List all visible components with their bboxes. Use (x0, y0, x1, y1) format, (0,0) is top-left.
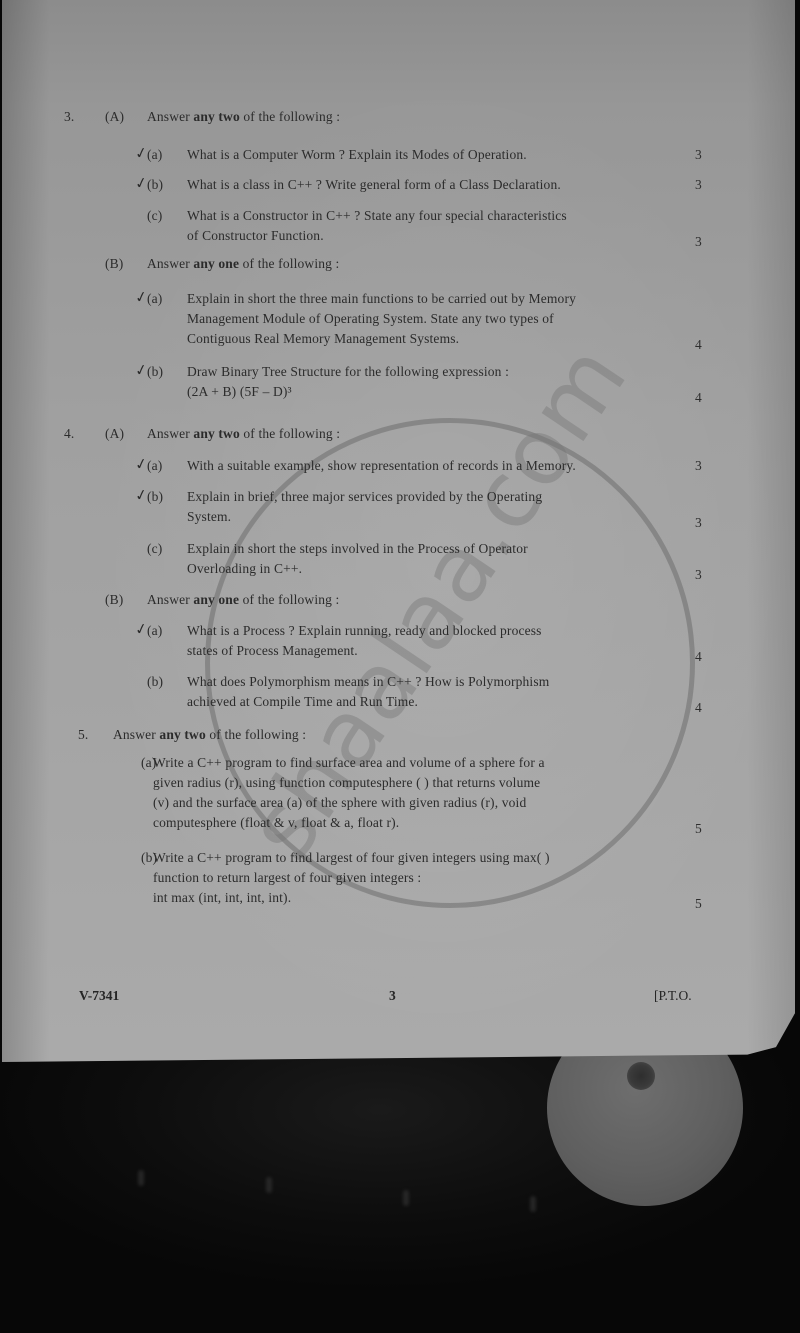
instruction-emphasis: any one (193, 592, 239, 607)
marks-value: 3 (695, 175, 702, 195)
question-number: 3. (64, 107, 74, 127)
instruction-text: of the following : (239, 592, 339, 607)
question-text-line: What does Polymorphism means in C++ ? Ho… (187, 672, 549, 692)
item-label: (a) (147, 456, 162, 476)
instruction-text: Answer (147, 109, 193, 124)
item-label: (c) (147, 539, 162, 559)
question-text-line: achieved at Compile Time and Run Time. (187, 692, 418, 712)
marks-value: 3 (695, 232, 702, 252)
question-text-line: What is a Computer Worm ? Explain its Mo… (187, 145, 527, 165)
part-label: (A) (105, 107, 124, 127)
part-instruction: Answer any two of the following : (147, 107, 340, 127)
question-text-line: Write a C++ program to find surface area… (153, 753, 545, 773)
question-text-line: Draw Binary Tree Structure for the follo… (187, 362, 509, 382)
marks-value: 5 (695, 894, 702, 914)
item-label: (b) (147, 175, 163, 195)
question-text-line: Explain in short the steps involved in t… (187, 539, 528, 559)
instruction-text: Answer (147, 426, 193, 441)
marks-value: 3 (695, 565, 702, 585)
background-speck (530, 1196, 536, 1212)
question-text-line: What is a Process ? Explain running, rea… (187, 621, 542, 641)
question-text-line: Explain in brief, three major services p… (187, 487, 542, 507)
paper-code: V-7341 (79, 986, 119, 1006)
question-number: 5. (78, 725, 88, 745)
question-text-line: Contiguous Real Memory Management System… (187, 329, 459, 349)
instruction-text: Answer (147, 592, 193, 607)
question-instruction: Answer any two of the following : (113, 725, 306, 745)
part-instruction: Answer any one of the following : (147, 590, 339, 610)
question-text-line: Write a C++ program to find largest of f… (153, 848, 550, 868)
item-label: (a) (147, 289, 162, 309)
item-label: (c) (147, 206, 162, 226)
background-speck (266, 1177, 272, 1193)
question-text-line: given radius (r), using function compute… (153, 773, 540, 793)
question-text-line: Explain in short the three main function… (187, 289, 576, 309)
question-text-line: With a suitable example, show representa… (187, 456, 576, 476)
marks-value: 5 (695, 819, 702, 839)
part-label: (A) (105, 424, 124, 444)
question-text-line: function to return largest of four given… (153, 868, 421, 888)
item-label: (a) (147, 145, 162, 165)
background-speck (403, 1190, 409, 1206)
marks-value: 4 (695, 647, 702, 667)
marks-value: 4 (695, 335, 702, 355)
question-number: 4. (64, 424, 74, 444)
question-text-line: of Constructor Function. (187, 226, 324, 246)
instruction-text: Answer (147, 256, 193, 271)
instruction-text: Answer (113, 727, 159, 742)
part-label: (B) (105, 590, 123, 610)
item-label: (b) (147, 672, 163, 692)
item-label: (b) (147, 487, 163, 507)
question-text-line: (v) and the surface area (a) of the sphe… (153, 793, 526, 813)
question-text-line: (2A + B) (5F – D)³ (187, 382, 292, 402)
marks-value: 4 (695, 388, 702, 408)
page-number: 3 (389, 986, 396, 1006)
question-text-line: computesphere (float & v, float & a, flo… (153, 813, 399, 833)
instruction-text: of the following : (240, 109, 340, 124)
instruction-text: of the following : (206, 727, 306, 742)
instruction-text: of the following : (240, 426, 340, 441)
background-speck (138, 1170, 144, 1186)
marks-value: 3 (695, 456, 702, 476)
question-text-line: Overloading in C++. (187, 559, 302, 579)
instruction-emphasis: any two (193, 109, 239, 124)
item-label: (a) (147, 621, 162, 641)
part-label: (B) (105, 254, 123, 274)
pto-note: [P.T.O. (654, 986, 692, 1006)
instruction-emphasis: any two (193, 426, 239, 441)
question-text-line: states of Process Management. (187, 641, 358, 661)
part-instruction: Answer any one of the following : (147, 254, 339, 274)
marks-value: 4 (695, 698, 702, 718)
instruction-emphasis: any one (193, 256, 239, 271)
question-text-line: System. (187, 507, 231, 527)
marks-value: 3 (695, 513, 702, 533)
instruction-emphasis: any two (159, 727, 205, 742)
marks-value: 3 (695, 145, 702, 165)
question-text-line: int max (int, int, int, int). (153, 888, 291, 908)
round-object-center (627, 1062, 655, 1090)
instruction-text: of the following : (239, 256, 339, 271)
question-text-line: Management Module of Operating System. S… (187, 309, 554, 329)
item-label: (b) (147, 362, 163, 382)
question-text-line: What is a class in C++ ? Write general f… (187, 175, 561, 195)
question-text-line: What is a Constructor in C++ ? State any… (187, 206, 567, 226)
part-instruction: Answer any two of the following : (147, 424, 340, 444)
